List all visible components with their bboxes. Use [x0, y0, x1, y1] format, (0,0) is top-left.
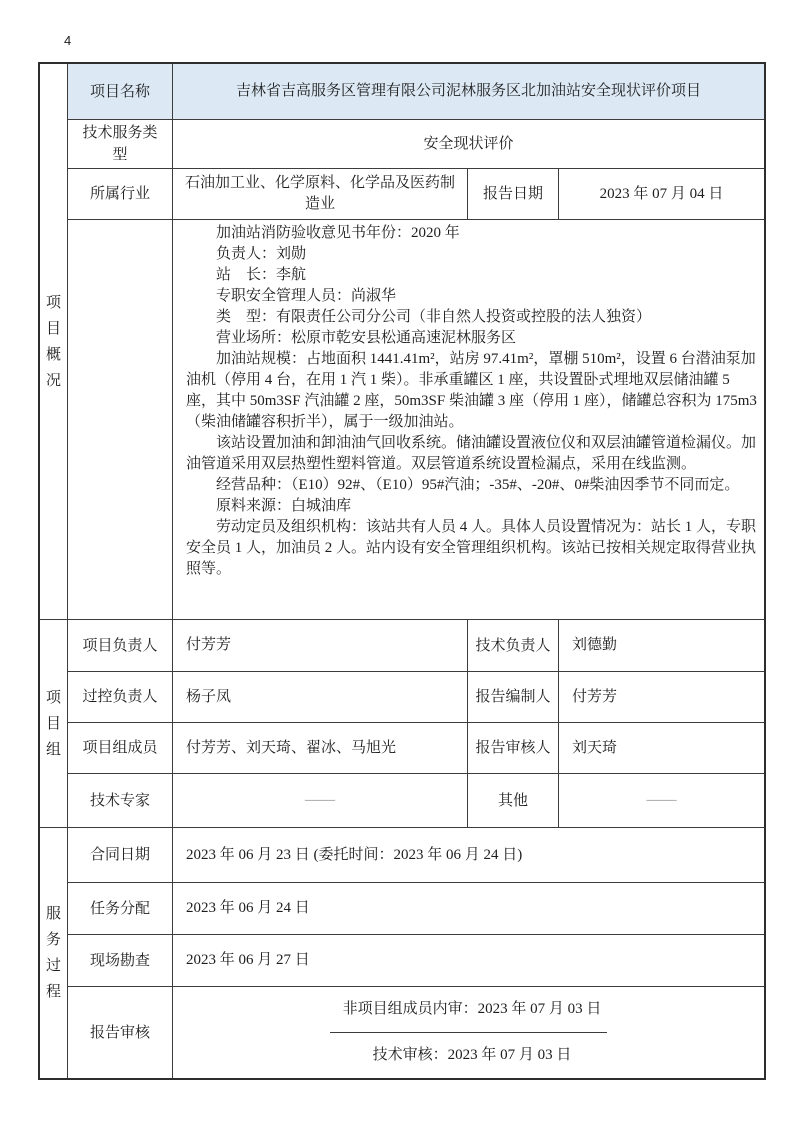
overview-empty-label [68, 220, 173, 619]
report-date-value: 2023 年 07 月 04 日 [559, 169, 764, 219]
row-report-review: 报告审核 非项目组成员内审：2023 年 07 月 03 日 技术审核：2023… [68, 987, 764, 1078]
overview-paragraph: 经营品种：（E10）92#、（E10）95#汽油；-35#、-20#、0#柴油因… [186, 475, 757, 496]
row-site-survey: 现场勘查 2023 年 06 月 27 日 [68, 935, 764, 987]
process-control-value: 杨子凤 [173, 672, 468, 722]
project-leader-label: 项目负责人 [68, 620, 173, 671]
report-reviewer-value: 刘天琦 [559, 723, 764, 773]
other-label: 其他 [468, 774, 559, 827]
tech-expert-value: —— [173, 774, 468, 827]
tech-expert-label: 技术专家 [68, 774, 173, 827]
row-process-control-leader: 过控负责人 杨子凤 报告编制人 付芳芳 [68, 672, 764, 723]
team-members-label: 项目组成员 [68, 723, 173, 773]
service-type-label: 技术服务类型 [68, 120, 173, 168]
overview-paragraph: 专职安全管理人员：尚淑华 [186, 286, 757, 307]
row-industry: 所属行业 石油加工业、化学原料、化学品及医药制造业 报告日期 2023 年 07… [68, 169, 764, 220]
group-label-process: 服务过程 [45, 901, 62, 1005]
overview-paragraph: 加油站消防验收意见书年份：2020 年 [186, 223, 757, 244]
overview-paragraph: 站 长：李航 [186, 265, 757, 286]
overview-paragraph: 原料来源：白城油库 [186, 496, 757, 517]
overview-paragraph: 劳动定员及组织机构：该站共有人员 4 人。具体人员设置情况为：站长 1 人，专职… [186, 517, 757, 580]
row-service-type: 技术服务类型 安全现状评价 [68, 120, 764, 169]
row-team-members: 项目组成员 付芳芳、刘天琦、翟冰、马旭光 报告审核人 刘天琦 [68, 723, 764, 774]
report-date-label: 报告日期 [468, 169, 559, 219]
section-service-process: 服务过程 合同日期 2023 年 06 月 23 日 (委托时间：2023 年 … [40, 828, 764, 1078]
group-label-overview: 项目概况 [45, 290, 62, 394]
overview-paragraph: 负责人：刘勋 [186, 244, 757, 265]
report-review-label: 报告审核 [68, 987, 173, 1078]
project-name-label: 项目名称 [68, 64, 173, 119]
internal-review-value: 非项目组成员内审：2023 年 07 月 03 日 [330, 987, 608, 1033]
other-value: —— [559, 774, 764, 827]
report-review-values: 非项目组成员内审：2023 年 07 月 03 日 技术审核：2023 年 07… [173, 987, 764, 1078]
tech-leader-value: 刘德勤 [559, 620, 764, 671]
technical-review-value: 技术审核：2023 年 07 月 03 日 [360, 1033, 578, 1078]
industry-value: 石油加工业、化学原料、化学品及医药制造业 [173, 169, 468, 219]
group-label-team: 项目组 [45, 685, 62, 763]
site-survey-label: 现场勘查 [68, 935, 173, 986]
process-control-label: 过控负责人 [68, 672, 173, 722]
overview-paragraph: 类 型：有限责任公司分公司（非自然人投资或控股的法人独资） [186, 307, 757, 328]
row-task-assignment: 任务分配 2023 年 06 月 24 日 [68, 883, 764, 935]
section-project-team: 项目组 项目负责人 付芳芳 技术负责人 刘德勤 过控负责人 杨子凤 报告编制人 … [40, 620, 764, 828]
tech-leader-label: 技术负责人 [468, 620, 559, 671]
overview-text: 加油站消防验收意见书年份：2020 年负责人：刘勋站 长：李航专职安全管理人员：… [173, 220, 764, 619]
team-members-value: 付芳芳、刘天琦、翟冰、马旭光 [173, 723, 468, 773]
report-writer-label: 报告编制人 [468, 672, 559, 722]
group-cell-team: 项目组 [40, 620, 68, 827]
contract-date-label: 合同日期 [68, 828, 173, 882]
project-name-value: 吉林省吉高服务区管理有限公司泥林服务区北加油站安全现状评价项目 [173, 64, 764, 119]
overview-paragraph: 营业场所：松原市乾安县松通高速泥林服务区 [186, 328, 757, 349]
task-assignment-value: 2023 年 06 月 24 日 [173, 883, 764, 934]
section-project-overview: 项目概况 项目名称 吉林省吉高服务区管理有限公司泥林服务区北加油站安全现状评价项… [40, 64, 764, 620]
contract-date-value: 2023 年 06 月 23 日 (委托时间：2023 年 06 月 24 日) [173, 828, 764, 882]
report-reviewer-label: 报告审核人 [468, 723, 559, 773]
row-project-name: 项目名称 吉林省吉高服务区管理有限公司泥林服务区北加油站安全现状评价项目 [68, 64, 764, 120]
project-leader-value: 付芳芳 [173, 620, 468, 671]
overview-paragraph: 加油站规模：占地面积 1441.41m²，站房 97.41m²，罩棚 510m²… [186, 349, 757, 433]
row-contract-date: 合同日期 2023 年 06 月 23 日 (委托时间：2023 年 06 月 … [68, 828, 764, 883]
page-number: 4 [64, 33, 71, 48]
report-writer-value: 付芳芳 [559, 672, 764, 722]
row-overview-text: 加油站消防验收意见书年份：2020 年负责人：刘勋站 长：李航专职安全管理人员：… [68, 220, 764, 619]
group-cell-overview: 项目概况 [40, 64, 68, 619]
group-cell-process: 服务过程 [40, 828, 68, 1078]
project-info-table: 项目概况 项目名称 吉林省吉高服务区管理有限公司泥林服务区北加油站安全现状评价项… [38, 62, 766, 1080]
overview-paragraph: 该站设置加油和卸油油气回收系统。储油罐设置液位仪和双层油罐管道检漏仪。加油管道采… [186, 433, 757, 475]
row-tech-expert: 技术专家 —— 其他 —— [68, 774, 764, 827]
industry-label: 所属行业 [68, 169, 173, 219]
document-page: 4 项目概况 项目名称 吉林省吉高服务区管理有限公司泥林服务区北加油站安全现状评… [0, 0, 803, 1135]
service-type-value: 安全现状评价 [173, 120, 764, 168]
site-survey-value: 2023 年 06 月 27 日 [173, 935, 764, 986]
row-project-leader: 项目负责人 付芳芳 技术负责人 刘德勤 [68, 620, 764, 672]
task-assignment-label: 任务分配 [68, 883, 173, 934]
